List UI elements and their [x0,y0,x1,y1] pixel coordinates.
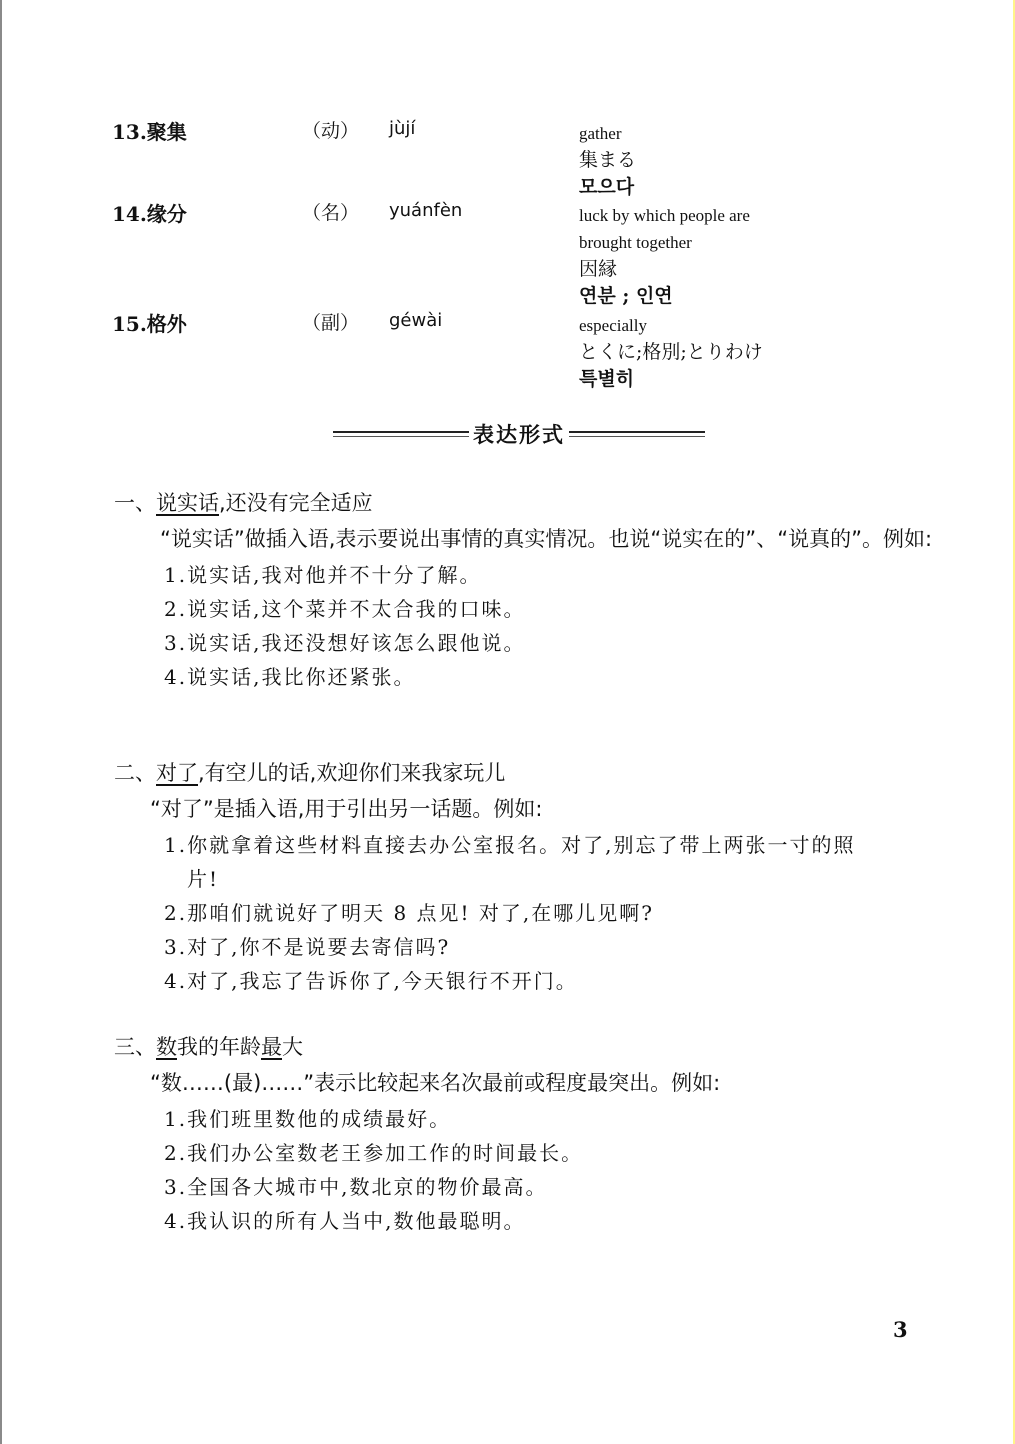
example-sentence: 4.我认识的所有人当中,数他最聪明。 [164,1204,934,1238]
example-sentence: 4.对了,我忘了告诉你了,今天银行不开门。 [164,964,934,998]
vocab-word: 15.格外 [112,308,187,337]
section-divider: 表达形式 [333,420,705,448]
example-sentence: 2.说实话,这个菜并不太合我的口味。 [164,592,934,626]
section-description: “对了”是插入语,用于引出另一话题。例如: [100,792,934,826]
example-list: 1.说实话,我对他并不十分了解。 2.说实话,这个菜并不太合我的口味。 3.说实… [164,558,934,694]
example-list: 1.你就拿着这些材料直接去办公室报名。对了,别忘了带上两张一寸的照 片! 2.那… [164,828,934,998]
vocab-definitions: especially とくに;格別;とりわけ 특별히 [579,312,763,393]
vocab-definitions: gather 集まる 모으다 [579,120,636,201]
definition-japanese: とくに;格別;とりわけ [579,339,763,366]
definition-english: especially [579,312,763,339]
expression-section-1: 一、说实话,还没有完全适应 “说实话”做插入语,表示要说出事情的真实情况。也说“… [114,488,934,694]
example-sentence: 1.你就拿着这些材料直接去办公室报名。对了,别忘了带上两张一寸的照 [164,828,934,862]
divider-line-left [333,431,469,437]
example-sentence-continuation: 片! [164,862,934,896]
section-heading: 一、说实话,还没有完全适应 [114,488,934,518]
definition-korean: 특별히 [579,366,763,393]
definition-japanese: 因縁 [579,256,750,283]
heading-keyword: 对了 [156,761,198,785]
definition-english: gather [579,120,636,147]
example-sentence: 3.全国各大城市中,数北京的物价最高。 [164,1170,934,1204]
section-heading: 三、数我的年龄最大 [114,1032,934,1062]
definition-korean: 모으다 [579,174,636,201]
definition-korean: 연분 ; 인연 [579,283,750,310]
example-sentence: 1.说实话,我对他并不十分了解。 [164,558,934,592]
vocab-part-of-speech: （动） [302,116,359,143]
example-sentence: 3.对了,你不是说要去寄信吗? [164,930,934,964]
definition-english-cont: brought together [579,229,750,256]
vocab-pinyin: jùjí [389,118,415,139]
definition-english: luck by which people are [579,202,750,229]
example-sentence: 3.说实话,我还没想好该怎么跟他说。 [164,626,934,660]
heading-keyword: 数 [156,1035,177,1059]
divider-line-right [569,431,705,437]
section-heading: 二、对了,有空儿的话,欢迎你们来我家玩儿 [114,758,934,788]
example-list: 1.我们班里数他的成绩最好。 2.我们办公室数老王参加工作的时间最长。 3.全国… [164,1102,934,1238]
example-sentence: 2.那咱们就说好了明天 8 点见! 对了,在哪儿见啊? [164,896,934,930]
section-description: “数……(最)……”表示比较起来名次最前或程度最突出。例如: [100,1066,934,1100]
page-edge-left [0,0,2,1444]
heading-keyword: 最 [261,1035,282,1059]
vocab-part-of-speech: （副） [302,308,359,335]
vocab-part-of-speech: （名） [302,198,359,225]
heading-keyword: 说实话 [156,491,219,515]
definition-japanese: 集まる [579,147,636,174]
expression-section-3: 三、数我的年龄最大 “数……(最)……”表示比较起来名次最前或程度最突出。例如:… [114,1032,934,1238]
example-sentence: 1.我们班里数他的成绩最好。 [164,1102,934,1136]
vocab-pinyin: géwài [389,310,442,331]
vocab-pinyin: yuánfèn [389,200,462,221]
vocab-word: 13.聚集 [112,116,187,145]
section-description: “说实话”做插入语,表示要说出事情的真实情况。也说“说实在的”、“说真的”。例如… [110,522,934,556]
vocab-definitions: luck by which people are brought togethe… [579,202,750,310]
page-number: 3 [893,1317,908,1342]
example-sentence: 2.我们办公室数老王参加工作的时间最长。 [164,1136,934,1170]
divider-title: 表达形式 [469,419,569,449]
expression-section-2: 二、对了,有空儿的话,欢迎你们来我家玩儿 “对了”是插入语,用于引出另一话题。例… [114,758,934,998]
example-sentence: 4.说实话,我比你还紧张。 [164,660,934,694]
vocab-word: 14.缘分 [112,198,187,227]
